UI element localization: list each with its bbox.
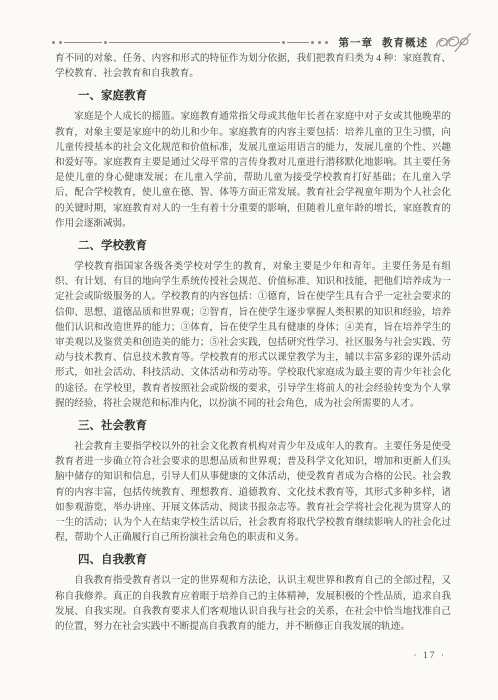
rule-dot <box>318 41 321 44</box>
rule-segment <box>109 42 280 43</box>
chapter-label: 第一章 <box>339 37 374 49</box>
rule-segment <box>287 42 309 43</box>
section-heading-school-education: 二、学校教育 <box>55 238 451 254</box>
chapter-heading: 第一章教育概述 <box>339 35 429 50</box>
section-body-social-education: 社会教育主要指学校以外的社会文化教育机构对青少年及成年人的教育。主要任务是使受教… <box>55 439 451 545</box>
rule-dot <box>325 41 328 44</box>
page-content: 育不同的对象、任务、内容和形式的特征作为划分依据，我们把教育归类为 4 种：家庭… <box>55 51 451 634</box>
section-body-family-education: 家庭是个人成长的摇篮。家庭教育通常指父母或其他年长者在家庭中对子女或其他晚辈的教… <box>55 109 451 231</box>
section-heading-family-education: 一、家庭教育 <box>55 88 451 104</box>
rule-dot <box>311 41 314 44</box>
rule-dot <box>59 41 62 44</box>
rule-dot <box>52 41 55 44</box>
section-heading-social-education: 三、社会教育 <box>55 418 451 434</box>
section-body-self-education: 自我教育指受教育者以一定的世界观和方法论，认识主观世界和教育自己的全部过程，又称… <box>55 573 451 634</box>
header-rule <box>50 41 330 44</box>
book-page: 第一章教育概述 育不同的对象、任务、内容和形式的特征作为划分依据，我们把教育归类… <box>0 0 498 700</box>
intro-paragraph: 育不同的对象、任务、内容和形式的特征作为划分依据，我们把教育归类为 4 种：家庭… <box>55 51 451 81</box>
rule-dot <box>104 41 107 44</box>
chapter-title: 教育概述 <box>382 37 428 49</box>
rule-dot <box>282 41 285 44</box>
section-heading-self-education: 四、自我教育 <box>55 552 451 568</box>
page-number: · 17 · <box>413 651 446 661</box>
section-body-school-education: 学校教育指国家各级各类学校对学生的教育，对象主要是少年和青年。主要任务是有组织、… <box>55 259 451 411</box>
rule-segment <box>64 42 102 43</box>
